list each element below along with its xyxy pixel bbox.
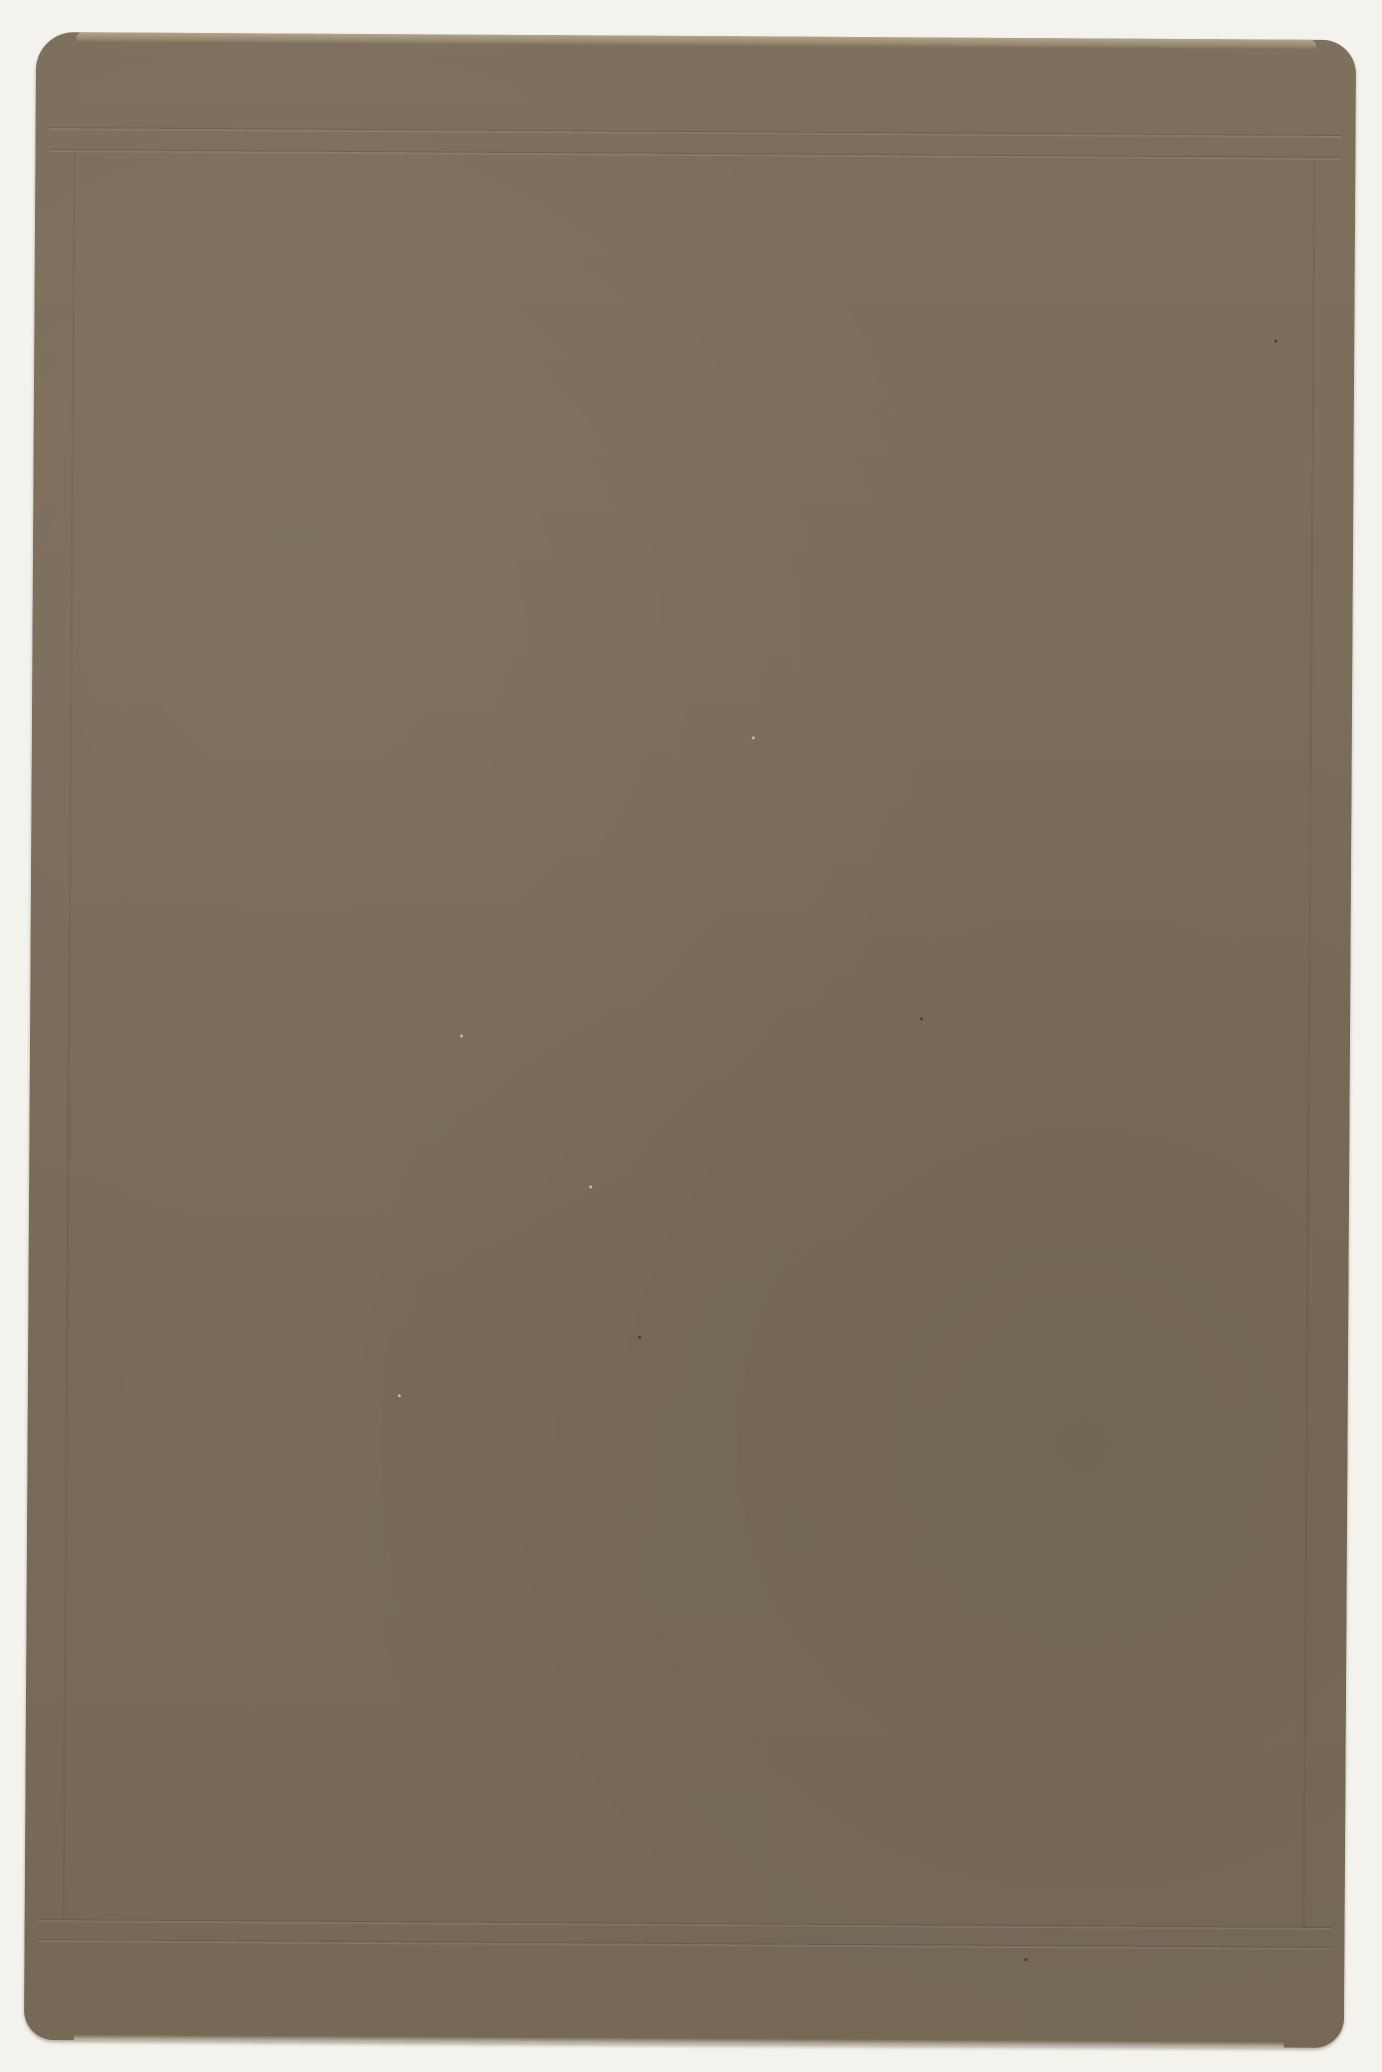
paper-speck [920, 1017, 923, 1020]
embossed-border-right [1303, 158, 1316, 1930]
paper-speck [1024, 1958, 1027, 1961]
embossed-border-bottom-line [38, 1940, 1330, 1950]
worn-bottom-edge [74, 2034, 1284, 2047]
worn-top-edge [76, 32, 1316, 50]
paper-speck [752, 736, 755, 739]
paper-speck [460, 1035, 463, 1038]
embossed-border-top-line [50, 128, 1342, 138]
cabinet-card-back [24, 32, 1356, 2048]
embossed-border-bottom-line-inner [39, 1920, 1331, 1930]
paper-speck [398, 1394, 401, 1397]
paper-speck [638, 1336, 641, 1339]
paper-speck [1274, 340, 1277, 343]
paper-speck [589, 1185, 592, 1188]
embossed-border-top-line-inner [49, 150, 1341, 160]
embossed-border-left [63, 150, 76, 1922]
